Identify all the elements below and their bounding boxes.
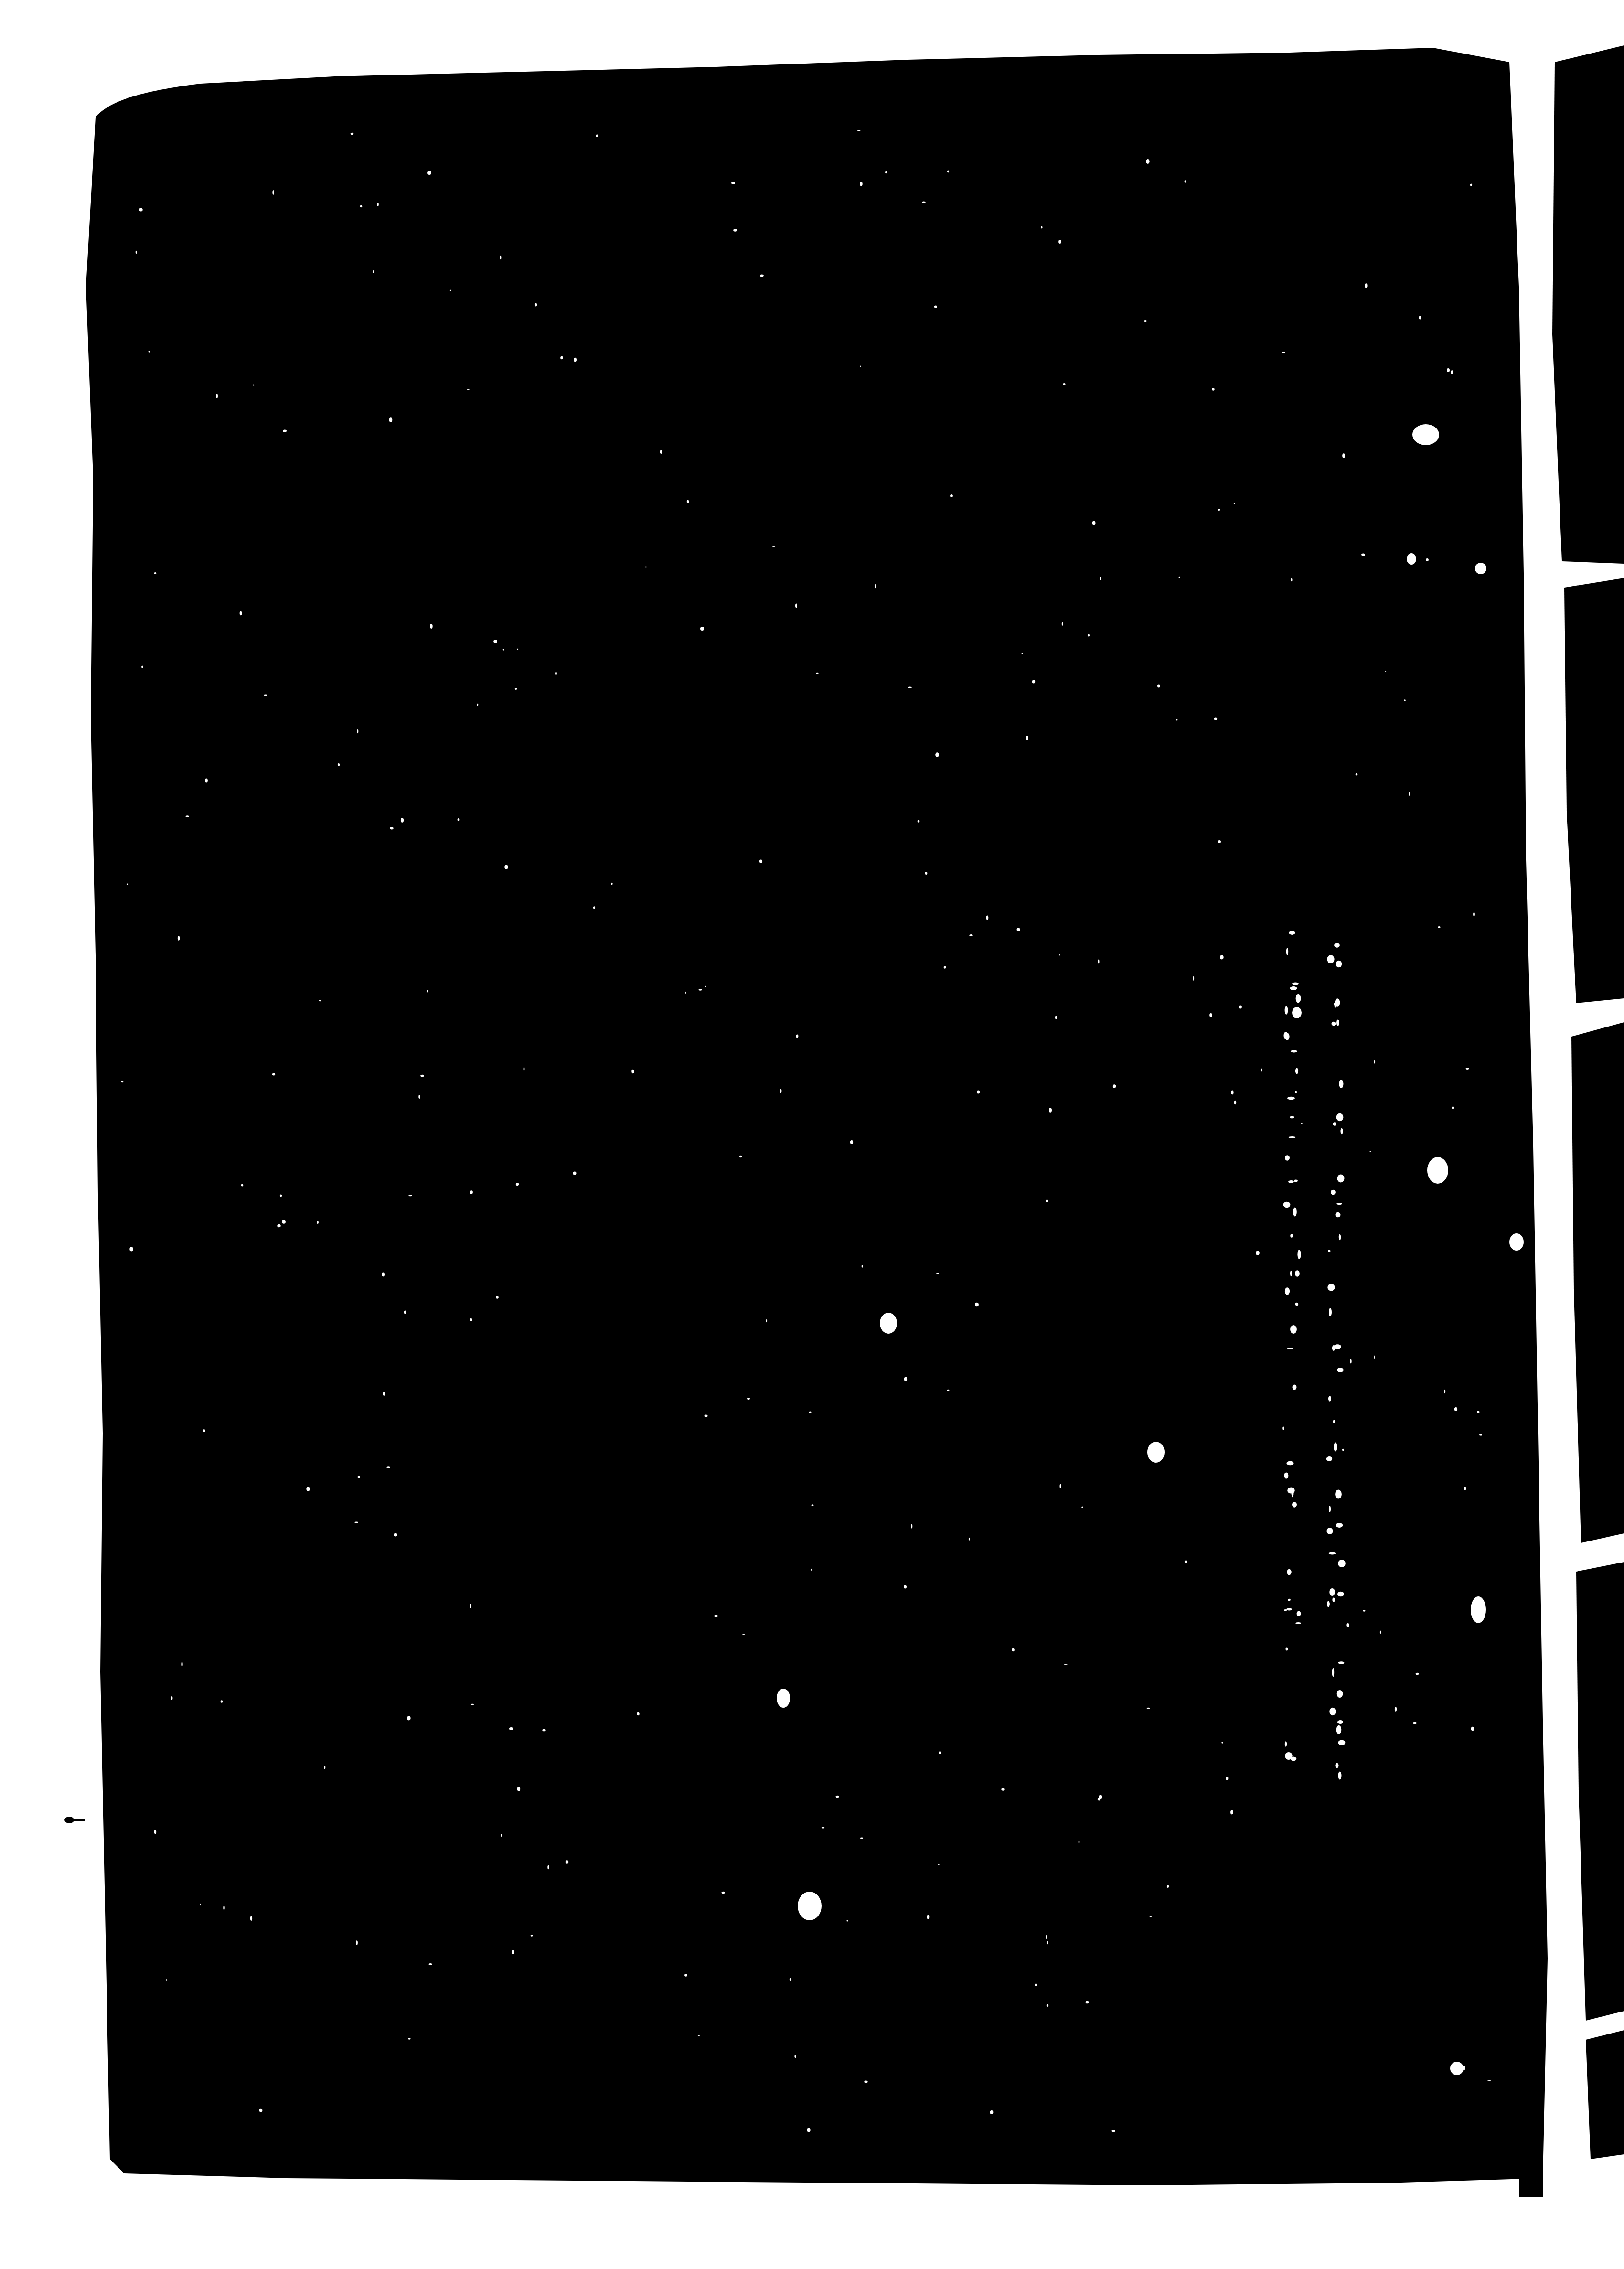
scanned-cover [0, 0, 1624, 2269]
edge-mark-tail [73, 1819, 85, 1821]
corner-tab [1519, 2171, 1543, 2197]
cover-board [86, 48, 1548, 2185]
